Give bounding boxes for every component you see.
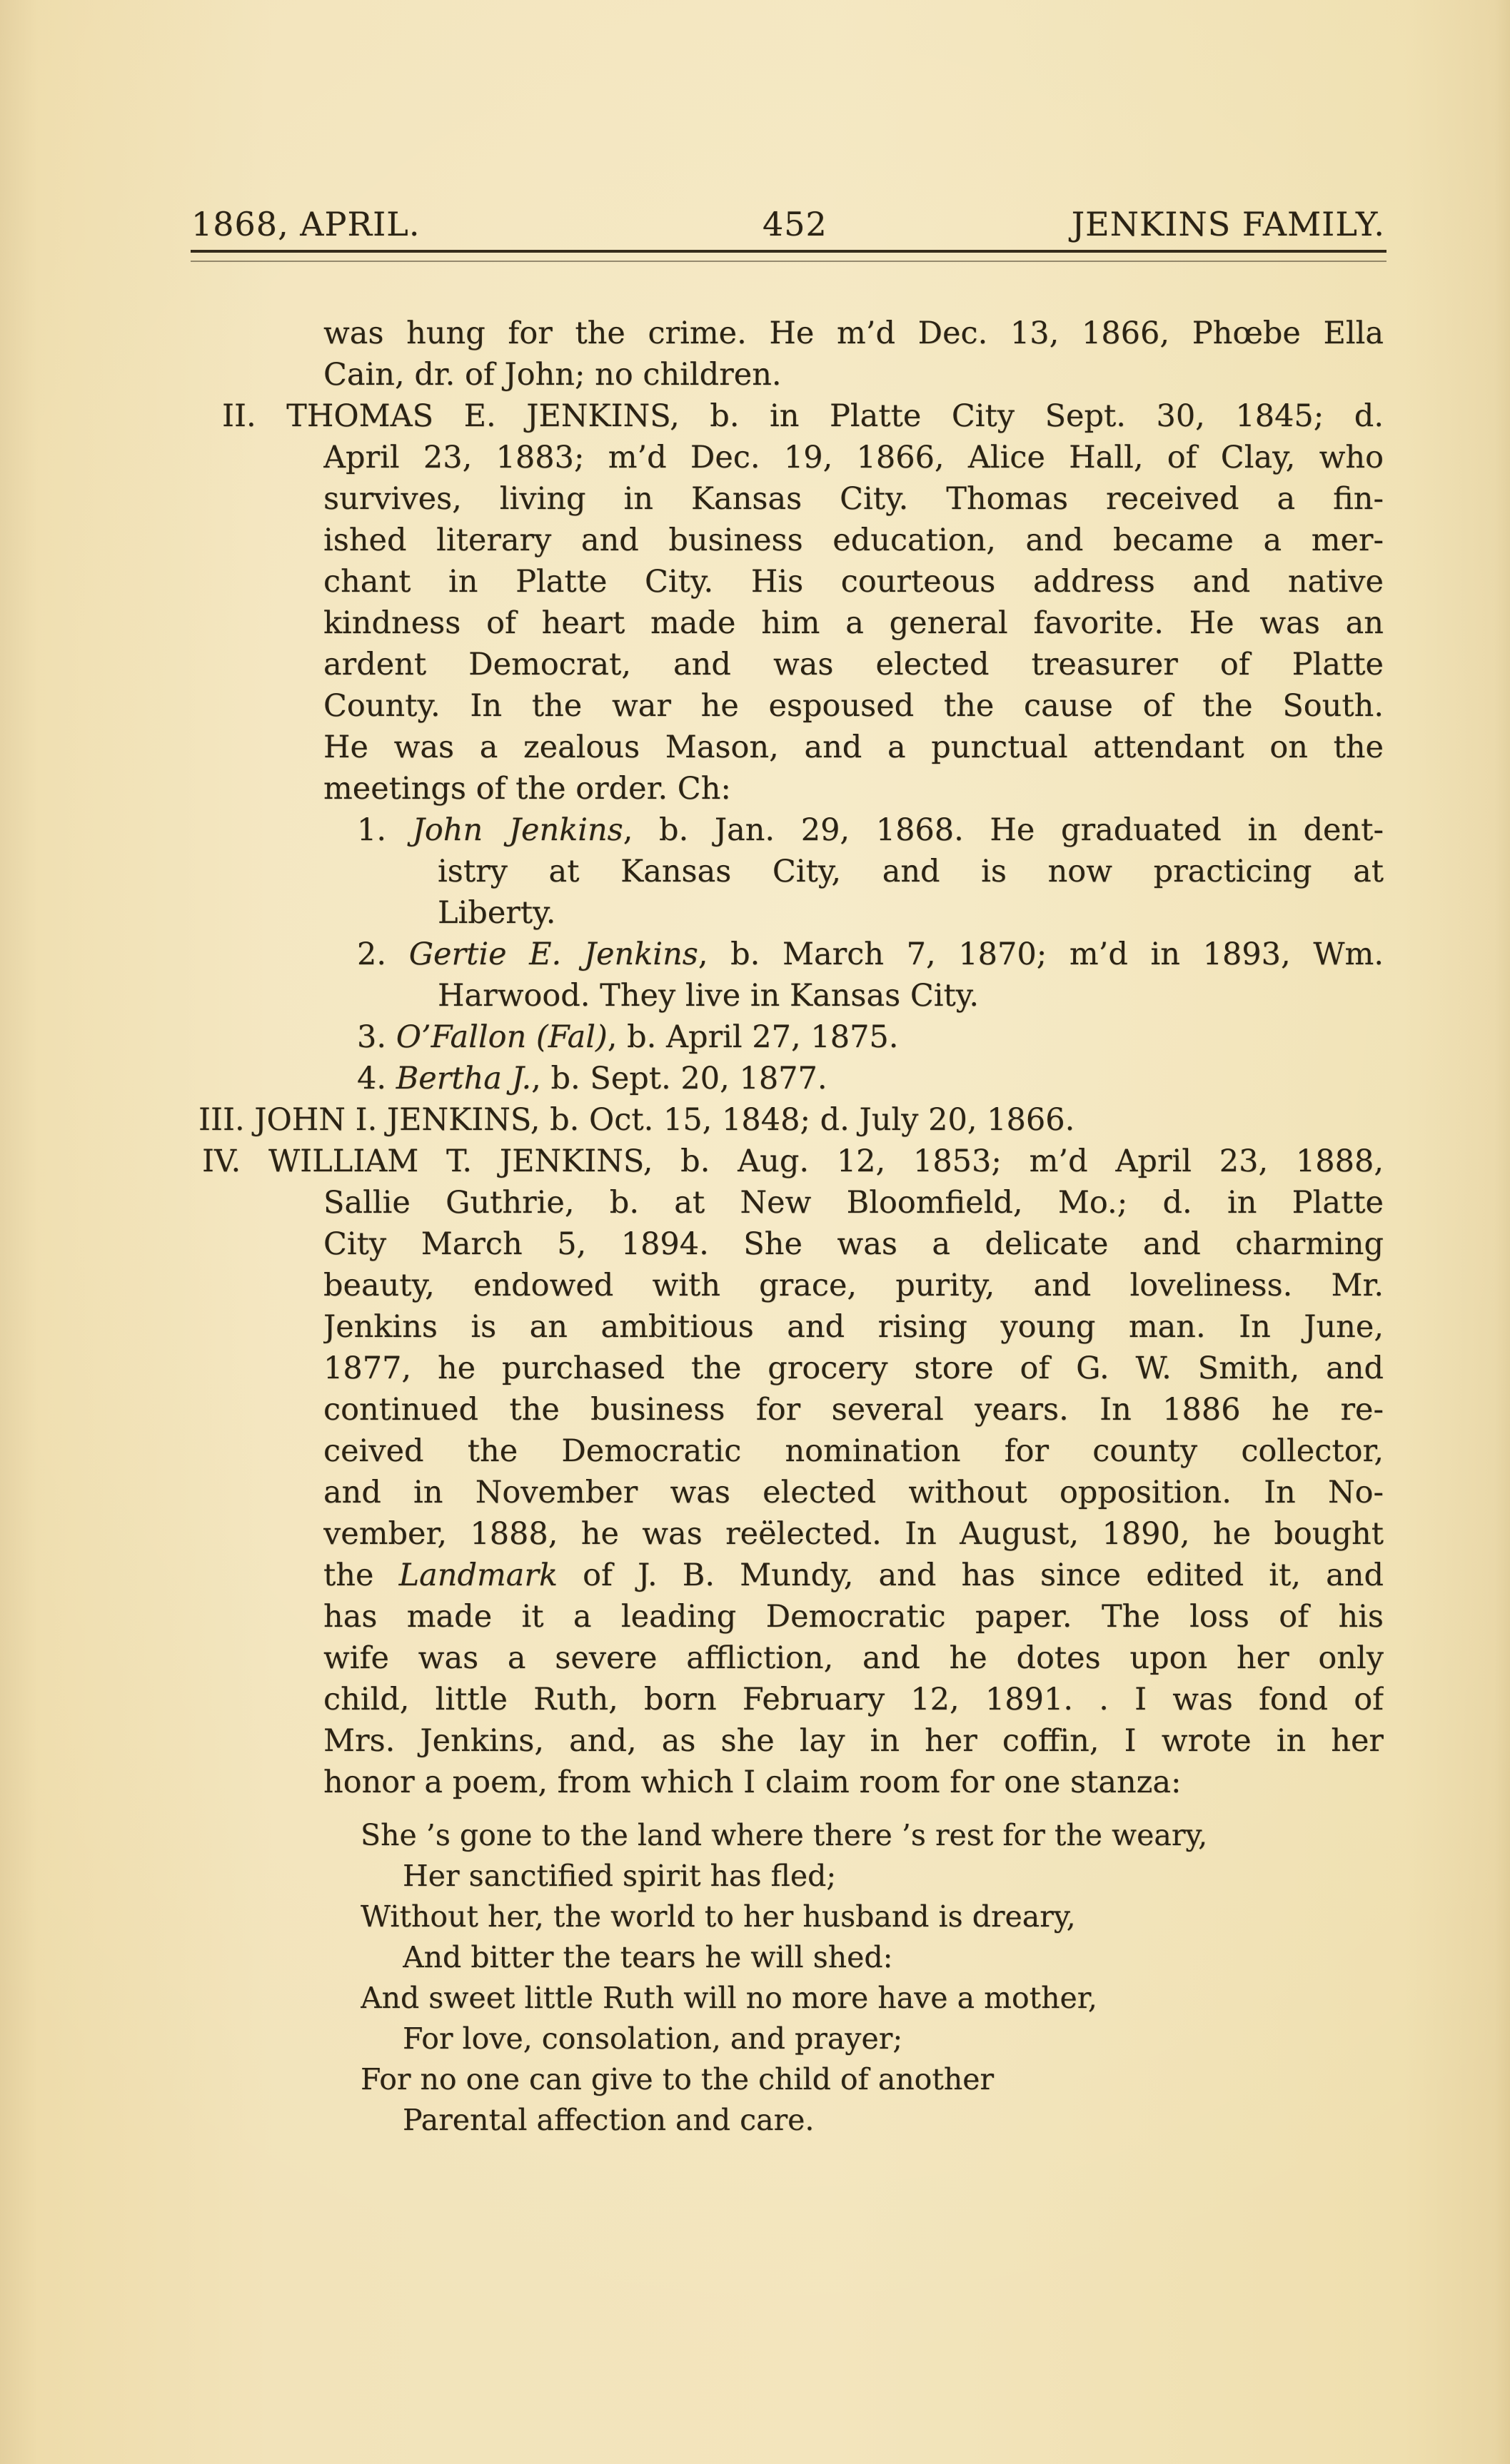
text-line: Harwood. They live in Kansas City. — [438, 975, 1384, 1016]
text-line: And bitter the tears he will shed: — [403, 1937, 1384, 1978]
text-segment: vember, 1888, he was reëlected. In Augus… — [323, 1516, 1384, 1552]
text-segment: 3. — [357, 1019, 396, 1055]
text-segment: was hung for the crime. He m’d Dec. 13, … — [323, 315, 1384, 351]
text-segment: wife was a severe affliction, and he dot… — [323, 1640, 1384, 1676]
text-segment: 4. — [357, 1061, 396, 1096]
italic-name-text: John Jenkins — [413, 812, 623, 848]
text-line: 1877, he purchased the grocery store of … — [323, 1348, 1384, 1389]
text-segment: City March 5, 1894. She was a delicate a… — [323, 1226, 1384, 1262]
italic-name-text: Bertha J. — [396, 1061, 531, 1096]
text-segment: 2. — [357, 936, 409, 972]
text-line: ardent Democrat, and was elected treasur… — [323, 644, 1384, 685]
header-family-title: JENKINS FAMILY. — [1072, 208, 1385, 243]
text-segment: kindness of heart made him a general fav… — [323, 605, 1384, 641]
text-segment: ished literary and business education, a… — [323, 522, 1384, 558]
text-segment: ardent Democrat, and was elected treasur… — [323, 647, 1384, 682]
text-line: and in November was elected without oppo… — [323, 1472, 1384, 1513]
text-segment: County. In the war he espoused the cause… — [323, 688, 1384, 724]
text-segment: , b. March 7, 1870; m’d in 1893, Wm. — [698, 936, 1384, 972]
text-segment: IV. WILLIAM T. JENKINS, b. Aug. 12, 1853… — [202, 1143, 1384, 1179]
text-segment: She ’s gone to the land where there ’s r… — [361, 1818, 1207, 1852]
text-segment: Without her, the world to her husband is… — [361, 1899, 1076, 1934]
text-line: ceived the Democratic nomination for cou… — [323, 1430, 1384, 1472]
text-segment: the — [323, 1557, 399, 1593]
text-segment: istry at Kansas City, and is now practic… — [438, 854, 1384, 889]
text-line: was hung for the crime. He m’d Dec. 13, … — [323, 313, 1384, 354]
text-line: Sallie Guthrie, b. at New Bloomfield, Mo… — [323, 1182, 1384, 1223]
text-segment: 1. — [357, 812, 413, 848]
text-line: Liberty. — [438, 892, 1384, 934]
text-line: 2. Gertie E. Jenkins, b. March 7, 1870; … — [357, 934, 1384, 975]
text-segment: And sweet little Ruth will no more have … — [361, 1981, 1097, 2015]
text-segment: , b. Sept. 20, 1877. — [531, 1061, 827, 1096]
text-line: istry at Kansas City, and is now practic… — [438, 851, 1384, 892]
text-segment: Cain, dr. of John; no children. — [323, 357, 782, 393]
text-segment: survives, living in Kansas City. Thomas … — [323, 481, 1384, 517]
text-segment: of J. B. Mundy, and has since edited it,… — [558, 1557, 1384, 1593]
text-line: She ’s gone to the land where there ’s r… — [361, 1815, 1384, 1856]
text-line: has made it a leading Democratic paper. … — [323, 1596, 1384, 1637]
text-segment: , b. Jan. 29, 1868. He graduated in dent… — [623, 812, 1384, 848]
text-segment: and in November was elected without oppo… — [323, 1475, 1384, 1510]
text-line: For no one can give to the child of anot… — [361, 2059, 1384, 2100]
text-segment: April 23, 1883; m’d Dec. 19, 1866, Alice… — [323, 440, 1384, 475]
text-segment: III. JOHN I. JENKINS, b. Oct. 15, 1848; … — [198, 1102, 1074, 1138]
text-line: II. THOMAS E. JENKINS, b. in Platte City… — [222, 395, 1384, 437]
italic-name-text: O’Fallon (Fal) — [396, 1019, 608, 1055]
text-line: Cain, dr. of John; no children. — [323, 354, 1384, 395]
italic-name-text: Gertie E. Jenkins — [409, 936, 698, 972]
text-segment: For no one can give to the child of anot… — [361, 2062, 994, 2096]
text-segment: honor a poem, from which I claim room fo… — [323, 1764, 1181, 1800]
text-segment: He was a zealous Mason, and a punctual a… — [323, 729, 1384, 765]
book-page-scan: 1868, APRIL. 452 JENKINS FAMILY. was hun… — [0, 0, 1510, 2464]
text-line: kindness of heart made him a general fav… — [323, 602, 1384, 644]
text-line: 3. O’Fallon (Fal), b. April 27, 1875. — [357, 1016, 1384, 1058]
text-line: survives, living in Kansas City. Thomas … — [323, 478, 1384, 520]
text-line: continued the business for several years… — [323, 1389, 1384, 1430]
text-segment: 1877, he purchased the grocery store of … — [323, 1350, 1384, 1386]
text-line: County. In the war he espoused the cause… — [323, 685, 1384, 727]
header-date: 1868, APRIL. — [191, 208, 420, 243]
text-segment: For love, consolation, and prayer; — [403, 2021, 902, 2056]
text-segment: , b. April 27, 1875. — [608, 1019, 899, 1055]
text-line: chant in Platte City. His courteous addr… — [323, 561, 1384, 602]
text-segment: meetings of the order. Ch: — [323, 771, 731, 807]
page-text: was hung for the crime. He m’d Dec. 13, … — [0, 313, 1510, 2141]
text-line: III. JOHN I. JENKINS, b. Oct. 15, 1848; … — [198, 1099, 1384, 1141]
text-line: Mrs. Jenkins, and, as she lay in her cof… — [323, 1720, 1384, 1762]
text-line: Without her, the world to her husband is… — [361, 1897, 1384, 1937]
text-line: ished literary and business education, a… — [323, 520, 1384, 561]
text-line: April 23, 1883; m’d Dec. 19, 1866, Alice… — [323, 437, 1384, 478]
text-line: He was a zealous Mason, and a punctual a… — [323, 727, 1384, 768]
text-segment: has made it a leading Democratic paper. … — [323, 1599, 1384, 1635]
text-line: Her sanctified spirit has fled; — [403, 1856, 1384, 1897]
genealogy-entries: was hung for the crime. He m’d Dec. 13, … — [0, 313, 1510, 1803]
text-segment: Mrs. Jenkins, and, as she lay in her cof… — [323, 1723, 1384, 1759]
text-line: the Landmark of J. B. Mundy, and has sin… — [323, 1555, 1384, 1596]
text-line: Parental affection and care. — [403, 2100, 1384, 2141]
header-rule — [191, 250, 1386, 262]
text-segment: Her sanctified spirit has fled; — [403, 1859, 836, 1893]
text-line: IV. WILLIAM T. JENKINS, b. Aug. 12, 1853… — [202, 1141, 1384, 1182]
text-segment: beauty, endowed with grace, purity, and … — [323, 1268, 1384, 1303]
text-line: For love, consolation, and prayer; — [403, 2019, 1384, 2059]
text-segment: Harwood. They live in Kansas City. — [438, 978, 979, 1014]
text-segment: Sallie Guthrie, b. at New Bloomfield, Mo… — [323, 1185, 1384, 1221]
text-segment: II. THOMAS E. JENKINS, b. in Platte City… — [222, 398, 1384, 434]
poem-stanza: She ’s gone to the land where there ’s r… — [0, 1815, 1510, 2141]
text-segment: ceived the Democratic nomination for cou… — [323, 1433, 1384, 1469]
text-line: beauty, endowed with grace, purity, and … — [323, 1265, 1384, 1306]
text-segment: continued the business for several years… — [323, 1392, 1384, 1428]
text-segment: Parental affection and care. — [403, 2103, 814, 2137]
text-segment: Jenkins is an ambitious and rising young… — [323, 1309, 1384, 1345]
page-number: 452 — [762, 208, 827, 243]
text-segment: child, little Ruth, born February 12, 18… — [323, 1682, 1384, 1717]
text-line: And sweet little Ruth will no more have … — [361, 1978, 1384, 2019]
text-line: meetings of the order. Ch: — [323, 768, 1384, 809]
text-line: Jenkins is an ambitious and rising young… — [323, 1306, 1384, 1348]
text-line: child, little Ruth, born February 12, 18… — [323, 1679, 1384, 1720]
text-segment: Liberty. — [438, 895, 555, 931]
text-line: honor a poem, from which I claim room fo… — [323, 1762, 1384, 1803]
text-line: 1. John Jenkins, b. Jan. 29, 1868. He gr… — [357, 809, 1384, 851]
italic-name-text: Landmark — [399, 1557, 558, 1593]
text-line: City March 5, 1894. She was a delicate a… — [323, 1223, 1384, 1265]
text-line: vember, 1888, he was reëlected. In Augus… — [323, 1513, 1384, 1555]
text-line: 4. Bertha J., b. Sept. 20, 1877. — [357, 1058, 1384, 1099]
text-segment: And bitter the tears he will shed: — [403, 1940, 892, 1974]
text-segment: chant in Platte City. His courteous addr… — [323, 564, 1384, 600]
text-line: wife was a severe affliction, and he dot… — [323, 1637, 1384, 1679]
